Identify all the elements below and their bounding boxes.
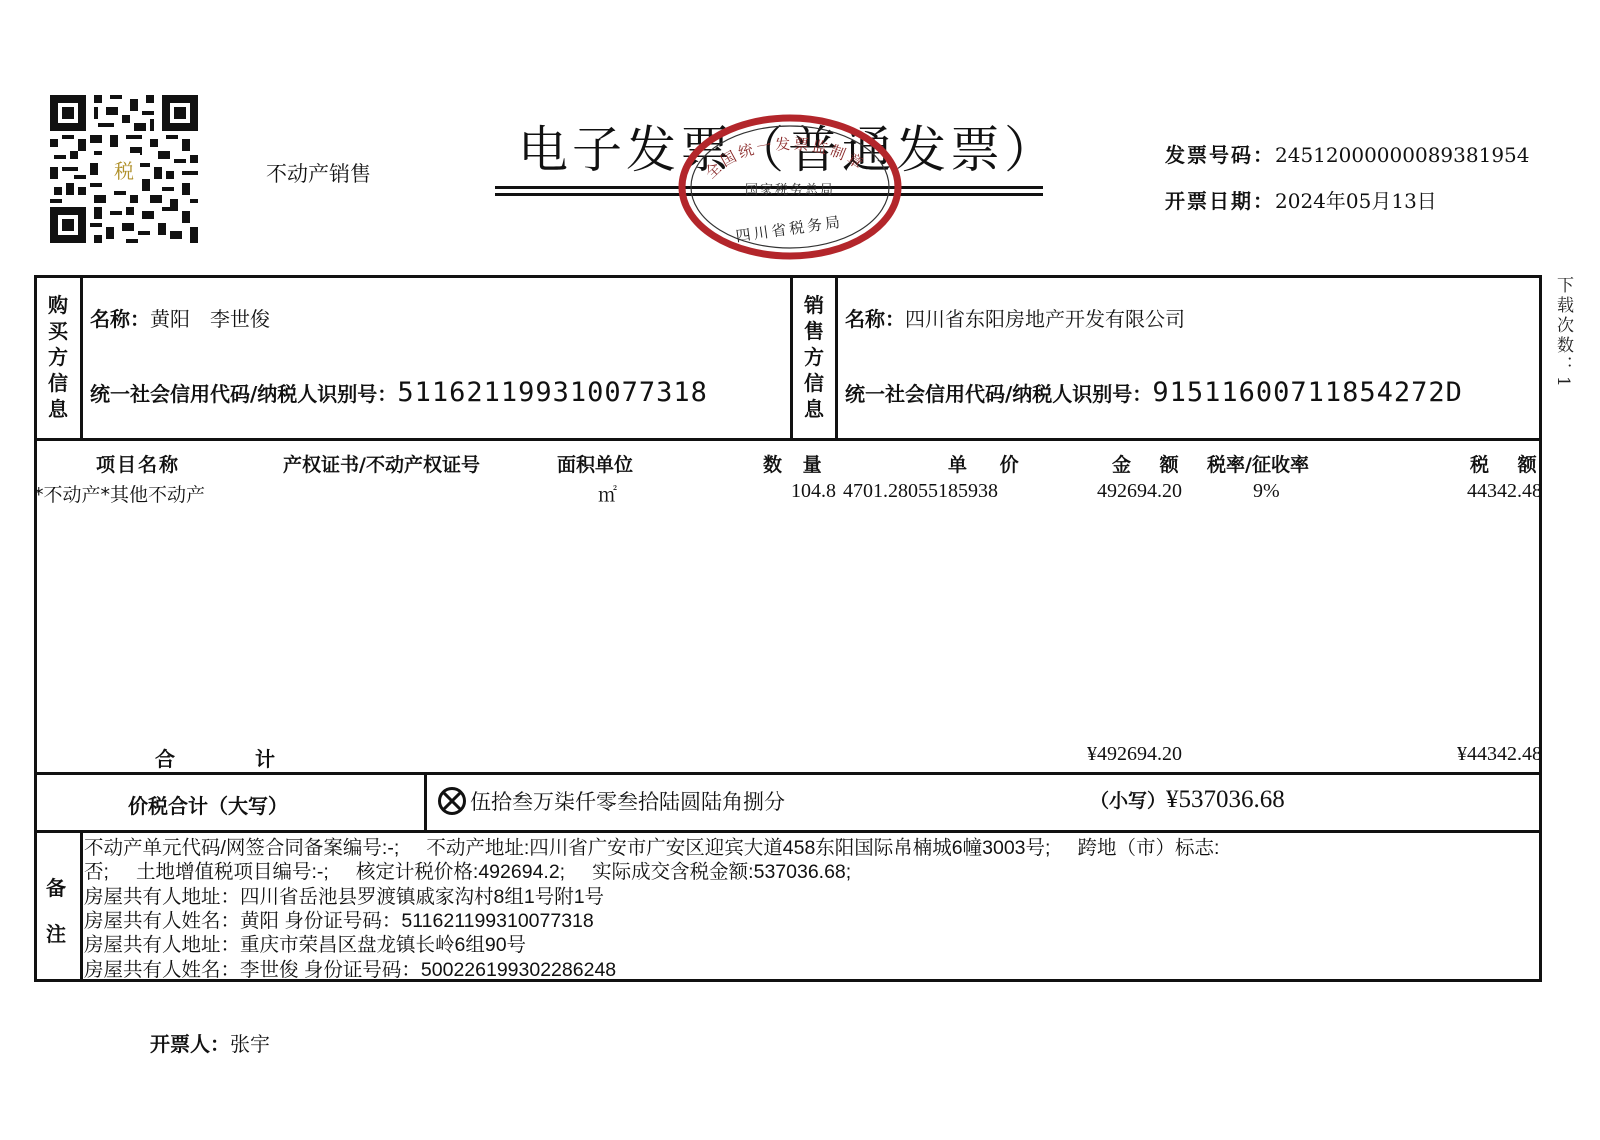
circle-x-icon — [438, 787, 466, 815]
grand-total-label: 价税合计（大写） — [128, 790, 288, 819]
remarks-label-bottom: 注 — [46, 918, 66, 947]
buyer-name-label: 名称： — [90, 307, 150, 331]
buyer-name: 黄阳 李世俊 — [150, 307, 270, 331]
grand-total-figures-row: （小写）¥537036.68 — [1090, 786, 1285, 814]
remark-line: 不动产单元代码/网签合同备案编号:-; 不动产地址:四川省广安市广安区迎宾大道4… — [84, 836, 1219, 861]
item-tax: 44342.48 — [1467, 480, 1542, 503]
total-tax: ¥44342.48 — [1457, 743, 1542, 766]
qr-code: 税 — [50, 95, 198, 243]
issue-date-label: 开票日期： — [1165, 189, 1275, 213]
col-header-tax-rate: 税率/征收率 — [1207, 450, 1309, 477]
buyer-tax-id: 511621199310077318 — [397, 377, 708, 408]
seal-icon: 全国统一发票监制章 国家税务总局 四川省税务局 — [676, 112, 904, 262]
issue-date: 2024年05月13日 — [1275, 189, 1437, 213]
buyer-name-row: 名称：黄阳 李世俊 — [90, 303, 270, 332]
divider-parties — [34, 438, 1542, 441]
col-header-area-unit: 面积单位 — [557, 450, 633, 477]
seller-tax-id-label: 统一社会信用代码/纳税人识别号： — [845, 382, 1152, 406]
item-tax-rate: 9% — [1253, 480, 1280, 503]
remark-line: 房屋共有人地址：重庆市荣昌区盘龙镇长岭6组90号 — [84, 933, 526, 958]
item-area-unit: ㎡ — [598, 480, 617, 507]
issuer-row: 开票人：张宇 — [150, 1028, 270, 1057]
seal-middle-text: 国家税务总局 — [745, 183, 835, 198]
buyer-label-divider — [80, 275, 83, 439]
grand-total-words-row: 伍拾叁万柒仟零叁拾陆圆陆角捌分 — [438, 786, 785, 816]
col-header-name: 项目名称 — [96, 450, 180, 477]
remark-line: 房屋共有人地址：四川省岳池县罗渡镇戚家沟村8组1号附1号 — [84, 885, 604, 910]
col-header-amount: 金 额 — [1112, 450, 1179, 477]
item-quantity: 104.8 — [791, 480, 836, 503]
invoice-number-label: 发票号码： — [1165, 143, 1275, 167]
seller-name: 四川省东阳房地产开发有限公司 — [905, 307, 1185, 331]
col-header-unit-price: 单 价 — [948, 450, 1019, 477]
seller-name-row: 名称：四川省东阳房地产开发有限公司 — [845, 303, 1185, 332]
seal-bottom-text: 四川省税务局 — [735, 213, 844, 246]
official-seal: 全国统一发票监制章 国家税务总局 四川省税务局 — [676, 112, 904, 262]
invoice-meta: 发票号码：24512000000089381954 开票日期：2024年05月1… — [1165, 132, 1530, 224]
total-label: 合 计 — [155, 743, 275, 772]
invoice-number-row: 发票号码：24512000000089381954 — [1165, 132, 1530, 178]
download-count: 下载次数：1 — [1551, 276, 1576, 390]
svg-text:全国统一发票监制章: 全国统一发票监制章 — [702, 135, 869, 182]
invoice-number: 24512000000089381954 — [1275, 143, 1530, 167]
remark-line: 房屋共有人姓名：黄阳 身份证号码：511621199310077318 — [84, 909, 594, 934]
invoice-category: 不动产销售 — [266, 158, 371, 188]
remark-line: 否; 土地增值税项目编号:-; 核定计税价格:492694.2; 实际成交含税金… — [84, 860, 851, 885]
col-header-certificate: 产权证书/不动产权证号 — [283, 450, 480, 477]
item-unit-price: 4701.28055185938 — [843, 480, 998, 503]
seller-section-label: 销售方信息 — [792, 292, 836, 422]
divider-totals — [34, 772, 1542, 775]
buyer-section-label: 购买方信息 — [36, 292, 80, 422]
total-amount: ¥492694.20 — [1087, 743, 1182, 766]
seller-tax-id: 91511600711854272D — [1152, 377, 1463, 408]
remarks-label-top: 备 — [46, 872, 66, 901]
divider-remarks — [34, 830, 1542, 833]
issuer-label: 开票人： — [150, 1032, 230, 1056]
item-amount: 492694.20 — [1097, 480, 1182, 503]
seller-name-label: 名称： — [845, 307, 905, 331]
issue-date-row: 开票日期：2024年05月13日 — [1165, 178, 1530, 224]
remark-label-divider — [80, 830, 83, 982]
item-name: *不动产*其他不动产 — [34, 480, 205, 507]
grand-total-divider — [424, 772, 427, 831]
seller-tax-id-row: 统一社会信用代码/纳税人识别号：91511600711854272D — [845, 377, 1463, 408]
buyer-tax-id-row: 统一社会信用代码/纳税人识别号：511621199310077318 — [90, 377, 708, 408]
tax-emblem: 税 — [108, 153, 140, 185]
grand-total-small-label: （小写） — [1090, 790, 1166, 812]
grand-total-in-figures: ¥537036.68 — [1166, 786, 1285, 813]
col-header-quantity: 数 量 — [763, 450, 822, 477]
remark-line: 房屋共有人姓名：李世俊 身份证号码：500226199302286248 — [84, 958, 616, 983]
grand-total-in-words: 伍拾叁万柒仟零叁拾陆圆陆角捌分 — [470, 790, 785, 814]
issuer-name: 张宇 — [230, 1032, 270, 1056]
buyer-tax-id-label: 统一社会信用代码/纳税人识别号： — [90, 382, 397, 406]
col-header-tax: 税 额 — [1470, 450, 1537, 477]
